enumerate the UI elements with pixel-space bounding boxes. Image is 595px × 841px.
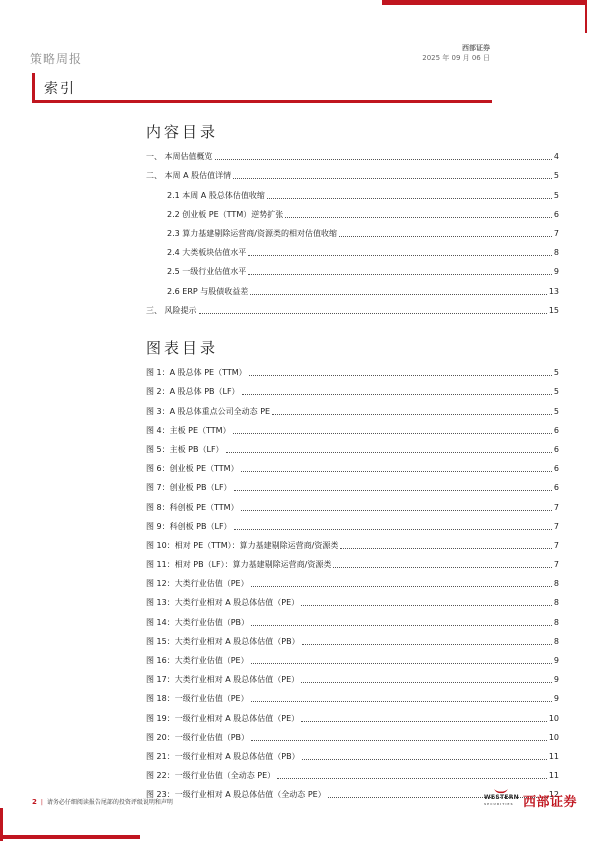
figure-item-label: 图 23：一级行业相对 A 股总体估值（全动态 PE）: [146, 790, 328, 800]
header-meta: 西部证券 2025 年 09 月 06 日: [290, 43, 490, 63]
figure-item[interactable]: 图 10：相对 PE（TTM）：算力基建剔除运营商/资源类7: [146, 532, 559, 551]
dot-leader: [301, 682, 552, 683]
toc-item[interactable]: 2.1 本周 A 股总体估值收缩 5: [146, 181, 559, 200]
figure-item[interactable]: 图 16：大类行业估值（PE）9: [146, 647, 559, 666]
dot-leader: [233, 433, 552, 434]
company-logo: WESTERN SECURITIES 西部证券: [484, 791, 577, 810]
toc-item[interactable]: 2.2 创业板 PE（TTM）逆势扩张 6: [146, 201, 559, 220]
toc-item-page: 5: [552, 191, 559, 201]
figure-item-label: 图 13：大类行业相对 A 股总体估值（PE）: [146, 598, 301, 608]
page-footer: 2|请务必仔细阅读报告尾部的投资评级说明和声明: [32, 797, 173, 806]
toc-item[interactable]: 一、 本周估值概览 4: [146, 143, 559, 162]
figure-item-label: 图 6：创业板 PE（TTM）: [146, 464, 241, 474]
figure-item[interactable]: 图 5：主板 PB（LF）6: [146, 436, 559, 455]
dot-leader: [234, 529, 552, 530]
toc-item-label: 2.2 创业板 PE（TTM）逆势扩张: [167, 210, 285, 220]
footer-disclaimer: 请务必仔细阅读报告尾部的投资评级说明和声明: [47, 799, 173, 806]
toc-item-page: 6: [552, 210, 559, 220]
top-decoration-bar: [382, 0, 587, 5]
figure-item[interactable]: 图 3：A 股总体重点公司全动态 PE5: [146, 397, 559, 416]
figure-item-page: 7: [552, 522, 559, 532]
figure-item[interactable]: 图 19：一级行业相对 A 股总体估值（PE）10: [146, 704, 559, 723]
dot-leader: [267, 198, 552, 199]
dot-leader: [301, 721, 547, 722]
figure-item[interactable]: 图 4：主板 PE（TTM）6: [146, 417, 559, 436]
toc-item-page: 15: [547, 306, 559, 316]
figure-item-page: 7: [552, 541, 559, 551]
figure-item-page: 6: [552, 445, 559, 455]
dot-leader: [241, 510, 552, 511]
dot-leader: [340, 548, 552, 549]
figure-item-label: 图 2：A 股总体 PB（LF）: [146, 387, 242, 397]
figure-item-page: 7: [552, 503, 559, 513]
figure-item-label: 图 22：一级行业估值（全动态 PE）: [146, 771, 277, 781]
figure-item-page: 11: [547, 752, 559, 762]
figure-item-label: 图 5：主板 PB（LF）: [146, 445, 226, 455]
logo-chinese-text: 西部证券: [523, 791, 577, 810]
toc-item-label: 2.3 算力基建剔除运营商/资源类的相对估值收缩: [167, 229, 339, 239]
section-underline: [32, 100, 492, 103]
figure-item-label: 图 20：一级行业估值（PB）: [146, 733, 251, 743]
dot-leader: [272, 414, 552, 415]
contents-title: 内容目录: [146, 121, 218, 142]
section-header: 索引: [32, 73, 492, 103]
figure-item-page: 5: [552, 368, 559, 378]
document-type: 策略周报: [30, 50, 82, 67]
bottom-decoration-bar: [0, 835, 140, 839]
figure-item-page: 9: [552, 675, 559, 685]
figure-item[interactable]: 图 1：A 股总体 PE（TTM）5: [146, 359, 559, 378]
figures-list: 图 1：A 股总体 PE（TTM）5 图 2：A 股总体 PB（LF）5 图 3…: [146, 359, 559, 800]
dot-leader: [242, 394, 552, 395]
dot-leader: [277, 778, 547, 779]
top-decoration-side: [585, 0, 587, 33]
toc-item-page: 9: [552, 267, 559, 277]
dot-leader: [339, 236, 552, 237]
toc-item[interactable]: 2.5 一级行业估值水平 9: [146, 258, 559, 277]
dot-leader: [251, 701, 552, 702]
toc-item-label: 2.5 一级行业估值水平: [167, 267, 248, 277]
figure-item-label: 图 3：A 股总体重点公司全动态 PE: [146, 407, 272, 417]
toc-item-label: 三、 风险提示: [146, 306, 199, 316]
bull-horns-icon: [494, 789, 508, 794]
figure-item-label: 图 12：大类行业估值（PE）: [146, 579, 251, 589]
dot-leader: [251, 586, 552, 587]
toc-item[interactable]: 2.3 算力基建剔除运营商/资源类的相对估值收缩 7: [146, 220, 559, 239]
page-number: 2: [32, 798, 37, 806]
logo-english-text: WESTERN: [484, 794, 519, 801]
figure-item-label: 图 21：一级行业相对 A 股总体估值（PB）: [146, 752, 302, 762]
figure-item[interactable]: 图 22：一级行业估值（全动态 PE）11: [146, 762, 559, 781]
figure-item[interactable]: 图 6：创业板 PE（TTM）6: [146, 455, 559, 474]
figure-item[interactable]: 图 9：科创板 PB（LF）7: [146, 513, 559, 532]
logo-english-subtext: SECURITIES: [484, 801, 519, 808]
figure-item-page: 5: [552, 407, 559, 417]
figure-item[interactable]: 图 13：大类行业相对 A 股总体估值（PE）8: [146, 589, 559, 608]
dot-leader: [302, 759, 547, 760]
dot-leader: [333, 567, 552, 568]
dot-leader: [226, 452, 552, 453]
figure-item-page: 9: [552, 694, 559, 704]
figure-item-label: 图 1：A 股总体 PE（TTM）: [146, 368, 249, 378]
toc-item[interactable]: 二、 本周 A 股估值详情 5: [146, 162, 559, 181]
figure-item-label: 图 18：一级行业估值（PE）: [146, 694, 251, 704]
figure-item-label: 图 8：科创板 PE（TTM）: [146, 503, 241, 513]
toc-item[interactable]: 2.4 大类板块估值水平 8: [146, 239, 559, 258]
dot-leader: [285, 217, 552, 218]
toc-item-page: 4: [552, 152, 559, 162]
figure-item-label: 图 7：创业板 PB（LF）: [146, 483, 234, 493]
toc-item[interactable]: 三、 风险提示 15: [146, 297, 559, 316]
toc-item-page: 8: [552, 248, 559, 258]
figure-item-page: 6: [552, 464, 559, 474]
dot-leader: [302, 644, 552, 645]
figure-item-page: 8: [552, 579, 559, 589]
figure-item[interactable]: 图 7：创业板 PB（LF）6: [146, 474, 559, 493]
contents-list: 一、 本周估值概览 4 二、 本周 A 股估值详情 5 2.1 本周 A 股总体…: [146, 143, 559, 316]
report-date: 2025 年 09 月 06 日: [290, 53, 490, 63]
figure-item-page: 5: [552, 387, 559, 397]
dot-leader: [301, 605, 552, 606]
figure-item-label: 图 17：大类行业相对 A 股总体估值（PE）: [146, 675, 301, 685]
dot-leader: [233, 178, 552, 179]
toc-item-label: 一、 本周估值概览: [146, 152, 215, 162]
toc-item-page: 5: [552, 171, 559, 181]
toc-item-label: 2.4 大类板块估值水平: [167, 248, 248, 258]
figure-item-page: 8: [552, 618, 559, 628]
dot-leader: [215, 159, 552, 160]
figure-item-label: 图 15：大类行业相对 A 股总体估值（PB）: [146, 637, 302, 647]
figures-title: 图表目录: [146, 337, 218, 358]
figure-item-label: 图 10：相对 PE（TTM）：算力基建剔除运营商/资源类: [146, 541, 340, 551]
figure-item-page: 8: [552, 598, 559, 608]
figure-item-label: 图 4：主板 PE（TTM）: [146, 426, 233, 436]
section-title: 索引: [44, 78, 76, 98]
figure-item-label: 图 19：一级行业相对 A 股总体估值（PE）: [146, 714, 301, 724]
figure-item-label: 图 16：大类行业估值（PE）: [146, 656, 251, 666]
figure-item-page: 6: [552, 426, 559, 436]
figure-item[interactable]: 图 14：大类行业估值（PB）8: [146, 608, 559, 627]
toc-item-page: 7: [552, 229, 559, 239]
toc-item-label: 2.1 本周 A 股总体估值收缩: [167, 191, 267, 201]
dot-leader: [249, 375, 552, 376]
dot-leader: [251, 740, 547, 741]
section-vertical-bar: [32, 73, 35, 103]
figure-item-page: 7: [552, 560, 559, 570]
dot-leader: [251, 663, 552, 664]
dot-leader: [199, 313, 547, 314]
figure-item-label: 图 14：大类行业估值（PB）: [146, 618, 251, 628]
figure-item[interactable]: 图 18：一级行业估值（PE）9: [146, 685, 559, 704]
figure-item-page: 9: [552, 656, 559, 666]
figure-item[interactable]: 图 20：一级行业估值（PB）10: [146, 724, 559, 743]
figure-item-page: 6: [552, 483, 559, 493]
figure-item-page: 8: [552, 637, 559, 647]
figure-item-page: 10: [547, 714, 559, 724]
figure-item[interactable]: 图 15：大类行业相对 A 股总体估值（PB）8: [146, 628, 559, 647]
figure-item-label: 图 9：科创板 PB（LF）: [146, 522, 234, 532]
dot-leader: [234, 490, 552, 491]
dot-leader: [251, 625, 552, 626]
figure-item[interactable]: 图 8：科创板 PE（TTM）7: [146, 493, 559, 512]
figure-item[interactable]: 图 21：一级行业相对 A 股总体估值（PB）11: [146, 743, 559, 762]
logo-english: WESTERN SECURITIES: [484, 794, 519, 808]
figure-item-page: 11: [547, 771, 559, 781]
company-name: 西部证券: [290, 43, 490, 53]
footer-separator: |: [41, 799, 43, 806]
toc-item[interactable]: 2.6 ERP 与股债收益差 13: [146, 277, 559, 296]
figure-item-page: 10: [547, 733, 559, 743]
dot-leader: [248, 274, 552, 275]
toc-item-page: 13: [547, 287, 559, 297]
figure-item[interactable]: 图 17：大类行业相对 A 股总体估值（PE）9: [146, 666, 559, 685]
toc-item-label: 二、 本周 A 股估值详情: [146, 171, 233, 181]
figure-item[interactable]: 图 11：相对 PB（LF）：算力基建剔除运营商/资源类7: [146, 551, 559, 570]
dot-leader: [248, 255, 552, 256]
toc-item-label: 2.6 ERP 与股债收益差: [167, 287, 250, 297]
figure-item[interactable]: 图 12：大类行业估值（PE）8: [146, 570, 559, 589]
dot-leader: [241, 471, 552, 472]
figure-item[interactable]: 图 2：A 股总体 PB（LF）5: [146, 378, 559, 397]
figure-item-label: 图 11：相对 PB（LF）：算力基建剔除运营商/资源类: [146, 560, 333, 570]
dot-leader: [250, 294, 547, 295]
